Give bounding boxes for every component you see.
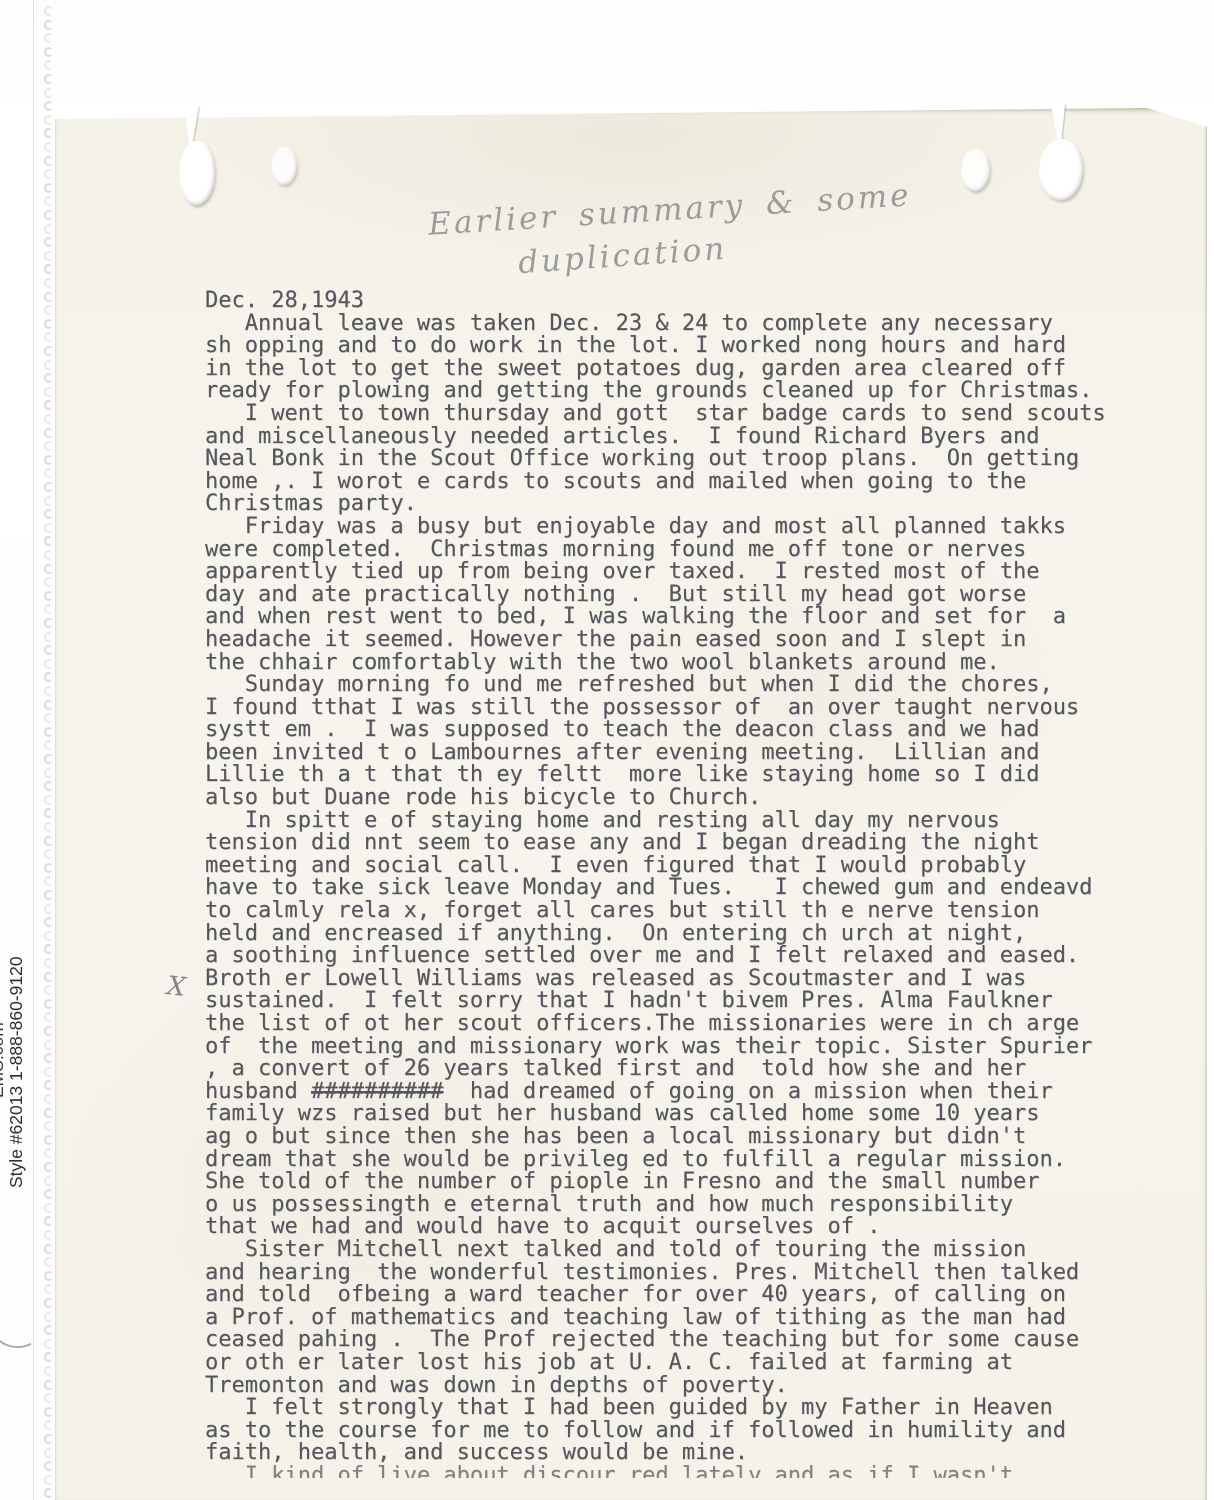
perforation-hole — [44, 604, 53, 614]
typed-line: and miscellaneously needed articles. I f… — [205, 426, 1135, 449]
perforation-hole — [44, 509, 53, 519]
typed-line: the chhair comfortably with the two wool… — [205, 652, 1135, 675]
typed-text: had dreamed of going on a mission when t… — [443, 1079, 1052, 1104]
perforation-hole — [44, 577, 53, 587]
perforation-hole — [44, 237, 53, 247]
perforation-hole — [44, 1257, 53, 1267]
perforation-hole — [44, 645, 53, 655]
perforation-hole — [44, 1094, 53, 1104]
perforation-hole — [44, 1420, 53, 1430]
typed-line: headache it seemed. However the pain eas… — [205, 629, 1135, 652]
perforation-hole — [44, 944, 53, 954]
perforation-hole — [44, 795, 53, 805]
perforation-hole — [44, 1080, 53, 1090]
perforation-hole — [44, 1366, 53, 1376]
perforation-hole — [44, 781, 53, 791]
typed-line: that we had and would have to acquit our… — [205, 1216, 1135, 1239]
perforation-hole — [44, 20, 53, 30]
typed-line: ceased pahing . The Prof rejected the te… — [205, 1329, 1135, 1352]
perforation-hole — [44, 1026, 53, 1036]
sleeve-style-text: Style #62013 1-888-860-9120 — [6, 956, 27, 1188]
perforation-hole — [44, 727, 53, 737]
perforation-hole — [44, 808, 53, 818]
perforation-hole — [44, 1434, 53, 1444]
typed-line: dream that she would be privileg ed to f… — [205, 1149, 1135, 1172]
perforation-hole — [44, 1067, 53, 1077]
typed-line: have to take sick leave Monday and Tues.… — [205, 877, 1135, 900]
perforation-hole — [44, 319, 53, 329]
perforation-hole — [44, 1488, 53, 1498]
typed-line: ready for plowing and getting the ground… — [205, 380, 1135, 403]
perforation-hole — [44, 251, 53, 261]
perforation-hole — [44, 1108, 53, 1118]
typed-text: husband — [205, 1079, 311, 1104]
typed-line: meeting and social call. I even figured … — [205, 855, 1135, 878]
typed-line: in the lot to get the sweet potatoes dug… — [205, 358, 1135, 381]
typed-line: to calmly rela x, forget all cares but s… — [205, 900, 1135, 923]
perforation-hole — [44, 278, 53, 288]
perforation-hole — [44, 1393, 53, 1403]
typed-line: apparently tied up from being over taxed… — [205, 561, 1135, 584]
perforation-hole — [44, 346, 53, 356]
perforation-hole — [44, 632, 53, 642]
typed-line: In spitt e of staying home and resting a… — [205, 810, 1135, 833]
perforation-hole — [44, 1352, 53, 1362]
perforation-hole — [44, 700, 53, 710]
perforation-hole — [44, 468, 53, 478]
perforation-hole — [44, 1271, 53, 1281]
perforation-hole — [44, 387, 53, 397]
typed-line: Friday was a busy but enjoyable day and … — [205, 516, 1135, 539]
typed-line: and told ofbeing a ward teacher for over… — [205, 1284, 1135, 1307]
perforation-hole — [44, 156, 53, 166]
perforation-strip — [40, 0, 62, 1500]
perforation-hole — [44, 1325, 53, 1335]
perforation-hole — [44, 917, 53, 927]
perforation-hole — [44, 1448, 53, 1458]
perforation-hole — [44, 428, 53, 438]
typed-line: of the meeting and missionary work was t… — [205, 1036, 1135, 1059]
typed-line: I kind of live about discour red lately … — [205, 1465, 1135, 1478]
perforation-hole — [44, 931, 53, 941]
perforation-hole — [44, 1121, 53, 1131]
typed-line: been invited t o Lambournes after evenin… — [205, 742, 1135, 765]
typed-line: also but Duane rode his bicycle to Churc… — [205, 787, 1135, 810]
perforation-hole — [44, 1244, 53, 1254]
perforation-hole — [44, 523, 53, 533]
perforation-hole — [44, 686, 53, 696]
perforation-hole — [44, 47, 53, 57]
sleeve-edge-line — [33, 0, 34, 1500]
typed-line: o us possessingth e eternal truth and ho… — [205, 1194, 1135, 1217]
perforation-hole — [44, 1475, 53, 1485]
typed-line: family wzs raised but her husband was ca… — [205, 1103, 1135, 1126]
sleeve-partial-text: EMS.com — [0, 1022, 8, 1098]
perforation-hole — [44, 904, 53, 914]
perforation-hole — [44, 400, 53, 410]
perforation-hole — [44, 264, 53, 274]
typed-line: husband ########## had dreamed of going … — [205, 1081, 1135, 1104]
perforation-hole — [44, 1040, 53, 1050]
typed-line: I went to town thursday and gott star ba… — [205, 403, 1135, 426]
perforation-hole — [44, 169, 53, 179]
typed-line: Tremonton and was down in depths of pove… — [205, 1375, 1135, 1398]
perforation-hole — [44, 441, 53, 451]
perforation-hole — [44, 88, 53, 98]
typed-line: a soothing influence settled over me and… — [205, 945, 1135, 968]
perforation-hole — [44, 1012, 53, 1022]
typed-line: systt em . I was supposed to teach the d… — [205, 719, 1135, 742]
typed-line: the list of ot her scout officers.The mi… — [205, 1013, 1135, 1036]
typed-line: Dec. 28,1943 — [205, 290, 1135, 313]
perforation-hole — [44, 890, 53, 900]
perforation-hole — [44, 332, 53, 342]
perforation-hole — [44, 496, 53, 506]
perforation-hole — [44, 1162, 53, 1172]
perforation-hole — [44, 305, 53, 315]
perforation-hole — [44, 1380, 53, 1390]
perforation-hole — [44, 128, 53, 138]
perforation-hole — [44, 672, 53, 682]
typed-line: Annual leave was taken Dec. 23 & 24 to c… — [205, 313, 1135, 336]
perforation-hole — [44, 414, 53, 424]
typed-line: sustained. I felt sorry that I hadn't bi… — [205, 990, 1135, 1013]
typed-line: Sister Mitchell next talked and told of … — [205, 1239, 1135, 1262]
typed-line: faith, health, and success would be mine… — [205, 1442, 1135, 1465]
typed-line: Broth er Lowell Williams was released as… — [205, 968, 1135, 991]
typed-line: and hearing the wonderful testimonies. P… — [205, 1262, 1135, 1285]
typed-line: I felt strongly that I had been guided b… — [205, 1397, 1135, 1420]
perforation-hole — [44, 972, 53, 982]
typed-line: home ,. I worot e cards to scouts and ma… — [205, 471, 1135, 494]
typed-line: as to the course for me to follow and if… — [205, 1420, 1135, 1443]
perforation-hole — [44, 60, 53, 70]
perforation-hole — [44, 1339, 53, 1349]
perforation-hole — [44, 142, 53, 152]
perforation-hole — [44, 183, 53, 193]
typewritten-text: Dec. 28,1943 Annual leave was taken Dec.… — [205, 290, 1135, 1478]
typed-line: Christmas party. — [205, 493, 1135, 516]
perforation-hole — [44, 1189, 53, 1199]
typed-line: held and encreased if anything. On enter… — [205, 923, 1135, 946]
perforation-hole — [44, 1312, 53, 1322]
perforation-hole — [44, 849, 53, 859]
perforation-hole — [44, 482, 53, 492]
typed-line: Sunday morning fo und me refreshed but w… — [205, 674, 1135, 697]
perforation-hole — [44, 836, 53, 846]
perforation-hole — [44, 768, 53, 778]
typed-line: a Prof. of mathematics and teaching law … — [205, 1307, 1135, 1330]
typed-line: I found tthat I was still the possessor … — [205, 697, 1135, 720]
perforation-hole — [44, 224, 53, 234]
perforation-hole — [44, 754, 53, 764]
perforation-hole — [44, 740, 53, 750]
perforation-hole — [44, 985, 53, 995]
perforation-hole — [44, 1148, 53, 1158]
perforation-hole — [44, 659, 53, 669]
typed-line: day and ate practically nothing . But st… — [205, 584, 1135, 607]
perforation-hole — [44, 1216, 53, 1226]
perforation-hole — [44, 863, 53, 873]
scanned-page: Earlier summary & some duplication X Dec… — [0, 0, 1214, 1500]
perforation-hole — [44, 1053, 53, 1063]
perforation-hole — [44, 360, 53, 370]
punch-hole — [961, 149, 991, 193]
perforation-hole — [44, 1176, 53, 1186]
pencil-margin-mark: X — [165, 971, 187, 1003]
perforation-hole — [44, 210, 53, 220]
perforation-hole — [44, 1298, 53, 1308]
perforation-hole — [44, 1284, 53, 1294]
perforation-hole — [44, 876, 53, 886]
perforation-hole — [44, 713, 53, 723]
typed-line: and when rest went to bed, I was walking… — [205, 606, 1135, 629]
perforation-hole — [44, 292, 53, 302]
perforation-hole — [44, 1135, 53, 1145]
perforation-hole — [44, 536, 53, 546]
typed-line: were completed. Christmas morning found … — [205, 539, 1135, 562]
punch-hole — [272, 147, 298, 187]
typed-line: She told of the number of piople in Fres… — [205, 1171, 1135, 1194]
typed-line: , a convert of 26 years talked first and… — [205, 1058, 1135, 1081]
perforation-hole — [44, 564, 53, 574]
typed-line: sh opping and to do work in the lot. I w… — [205, 335, 1135, 358]
perforation-hole — [44, 196, 53, 206]
punch-hole — [1039, 139, 1084, 202]
perforation-hole — [44, 550, 53, 560]
typed-line: or oth er later lost his job at U. A. C.… — [205, 1352, 1135, 1375]
perforation-hole — [44, 1407, 53, 1417]
perforation-hole — [44, 74, 53, 84]
perforation-hole — [44, 101, 53, 111]
perforation-hole — [44, 591, 53, 601]
typed-line: Neal Bonk in the Scout Office working ou… — [205, 448, 1135, 471]
perforation-hole — [44, 373, 53, 383]
typed-line: Lillie th a t that th ey feltt more like… — [205, 764, 1135, 787]
punch-hole — [179, 141, 216, 207]
perforation-hole — [44, 1461, 53, 1471]
perforation-hole — [44, 455, 53, 465]
perforation-hole — [44, 822, 53, 832]
struck-text: ########## — [311, 1079, 443, 1104]
perforation-hole — [44, 618, 53, 628]
typed-line: ag o but since then she has been a local… — [205, 1126, 1135, 1149]
perforation-hole — [44, 958, 53, 968]
perforation-hole — [44, 1203, 53, 1213]
perforation-hole — [44, 999, 53, 1009]
perforation-hole — [44, 1230, 53, 1240]
typed-line: tension did nnt seem to ease any and I b… — [205, 832, 1135, 855]
perforation-hole — [44, 6, 53, 16]
perforation-hole — [44, 115, 53, 125]
perforation-hole — [44, 33, 53, 43]
